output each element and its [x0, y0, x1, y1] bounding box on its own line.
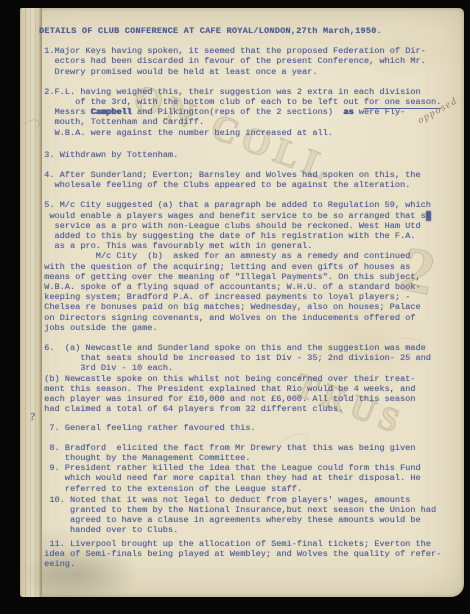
typed-segment: which would need far more capital than t… [39, 473, 421, 483]
typed-segment: and Pilkington(reps of the 2 sections) [132, 107, 343, 117]
typed-line: Chelsea re bonuses paid on big matches; … [39, 302, 449, 312]
typed-segment: means of getting over the meaning of "Il… [39, 272, 421, 282]
typed-segment: granted to them by the National Insuranc… [39, 505, 436, 515]
typed-segment: had claimed a total of 64 players from 3… [39, 404, 343, 414]
typed-line: (b) Newcastle spoke on this whilst not b… [39, 374, 449, 384]
typed-segment: 5. M/c City suggested (a) that a paragra… [39, 200, 431, 210]
minutes-lines: 1.Major Keys having spoken, it seemed th… [39, 46, 449, 569]
typed-segment: ment this season. The President explaine… [39, 384, 415, 394]
typed-segment: with the question of the acquiring; lett… [39, 262, 410, 272]
typed-line: which would need far more capital than t… [39, 473, 449, 483]
typed-line: of the 3rd, with the bottom club of each… [39, 97, 449, 107]
typed-line: 1.Major Keys having spoken, it seemed th… [39, 46, 449, 56]
typed-line: 3rd Div - 10 each. [39, 363, 449, 373]
typed-line: that seats should be increased to 1st Di… [39, 353, 449, 363]
typed-line: referred to the extension of the League … [39, 484, 449, 494]
typed-line: 11. Liverpool brought up the allocation … [39, 539, 449, 549]
typed-line: keeping system; Bradford P.A. of increas… [39, 292, 449, 302]
typed-line: 6. (a) Newcastle and Sunderland spoke on… [39, 343, 449, 353]
typed-segment: Chelsea re bonuses paid on big matches; … [39, 302, 421, 312]
typed-segment: 2.F.L. having weighed this, their sugges… [39, 87, 421, 97]
typed-line: agreed to have a clause in agreements wh… [39, 515, 449, 525]
typed-segment: W.B.A. spoke of a flying squad of accoun… [39, 282, 421, 292]
page-title: DETAILS OF CLUB CONFERENCE AT CAFE ROYAL… [39, 26, 449, 36]
handwritten-question-mark: ? [29, 411, 36, 424]
typed-segment: referred to the extension of the League … [39, 484, 302, 494]
typed-segment: that seats should be increased to 1st Di… [39, 353, 431, 363]
typed-segment: eeing. [39, 559, 75, 569]
typed-line: ectors had been discarded in favour of t… [39, 56, 449, 66]
typed-segment: agreed to have a clause in agreements wh… [39, 515, 421, 525]
typed-line: W.B.A. were against the number being inc… [39, 128, 449, 138]
typed-segment: 11. Liverpool brought up the allocation … [39, 539, 431, 549]
typed-line: 5. M/c City suggested (a) that a paragra… [39, 200, 449, 210]
typed-segment: 3. Withdrawn by Tottenham. [39, 150, 178, 160]
typed-segment: were Fly- [354, 107, 406, 117]
typed-segment-blot: t [426, 211, 431, 221]
typed-line: 2.F.L. having weighed this, their sugges… [39, 87, 449, 97]
typed-segment: Messrs [39, 107, 91, 117]
typed-segment: as a pro. This was favourably met with i… [39, 241, 312, 251]
typed-segment: handed over to Clubs. [39, 525, 178, 535]
typed-line: added to this by suggesting the date of … [39, 231, 449, 241]
typed-segment: M/c City (b) asked for an amnesty as a r… [39, 251, 410, 261]
typed-segment: ectors had been discarded in favour of t… [39, 56, 426, 66]
typed-segment: 1.Major Keys having spoken, it seemed th… [39, 46, 426, 56]
typed-segment: would enable a players wages and benefit… [39, 211, 426, 221]
typed-segment: 8. Bradford elicited the fact from Mr Dr… [39, 443, 415, 453]
typed-segment: wholesale feeling of the Clubs appeared … [39, 180, 410, 190]
typed-segment: W.B.A. were against the number being inc… [39, 128, 333, 138]
typed-segment: 7. General feeling rather favoured this. [39, 423, 256, 433]
typed-segment-b: as [343, 107, 353, 117]
typed-line: 4. After Sunderland; Everton; Barnsley a… [39, 170, 449, 180]
typed-line: had claimed a total of 64 players from 3… [39, 404, 449, 414]
typed-line: handed over to Clubs. [39, 525, 449, 535]
typed-line: service as a pro with non-League clubs s… [39, 221, 449, 231]
typed-line: 8. Bradford elicited the fact from Mr Dr… [39, 443, 449, 453]
typed-segment: service as a pro with non-League clubs s… [39, 221, 421, 231]
typed-segment-b: Campbell [91, 107, 132, 117]
typed-line: wholesale feeling of the Clubs appeared … [39, 180, 449, 190]
typed-segment: added to this by suggesting the date of … [39, 231, 415, 241]
photo-of-document: { "colors": { "ink": "#4b5c98", "paper":… [0, 0, 470, 614]
typed-line: idea of Semi-finals being played at Wemb… [39, 549, 449, 559]
typed-segment: (b) Newcastle spoke on this whilst not b… [39, 374, 415, 384]
typed-line: means of getting over the meaning of "Il… [39, 272, 449, 282]
typed-segment: idea of Semi-finals being played at Wemb… [39, 549, 441, 559]
typed-line: ment this season. The President explaine… [39, 384, 449, 394]
typed-segment: 4. After Sunderland; Everton; Barnsley a… [39, 170, 421, 180]
typed-line: each player was insured for £10,000 and … [39, 394, 449, 404]
typed-segment: 10. Noted that it was not legal to deduc… [39, 495, 410, 505]
typed-segment: jobs outside the game. [39, 323, 158, 333]
typed-text-block: DETAILS OF CLUB CONFERENCE AT CAFE ROYAL… [39, 26, 449, 569]
typed-segment: mouth, Tottenham and Cardiff. [39, 117, 204, 127]
typed-segment: 6. (a) Newcastle and Sunderland spoke on… [39, 343, 426, 353]
typed-segment: on Directors signing covenants, and Wolv… [39, 313, 415, 323]
typed-segment: thought by the Management Committee. [39, 453, 250, 463]
typed-line: Drewry promised would be held at least o… [39, 67, 449, 77]
typed-segment: of the 3rd, with the bottom club of each… [39, 97, 364, 107]
typed-segment: Drewry promised would be held at least o… [39, 67, 317, 77]
typed-line: with the question of the acquiring; lett… [39, 262, 449, 272]
typed-line: W.B.A. spoke of a flying squad of accoun… [39, 282, 449, 292]
typed-segment: keeping system; Bradford P.A. of increas… [39, 292, 410, 302]
typed-line: 3. Withdrawn by Tottenham. [39, 150, 449, 160]
typed-line: thought by the Management Committee. [39, 453, 449, 463]
typed-line: 10. Noted that it was not legal to deduc… [39, 495, 449, 505]
typed-line: mouth, Tottenham and Cardiff. [39, 117, 449, 127]
typed-line: jobs outside the game. [39, 323, 449, 333]
typed-segment: 3rd Div - 10 each. [39, 363, 173, 373]
typed-segment: each player was insured for £10,000 and … [39, 394, 415, 404]
typed-line: as a pro. This was favourably met with i… [39, 241, 449, 251]
document-page: ON COLL TRUS 2 DETAILS OF CLUB CONFERENC… [20, 8, 464, 597]
typed-line: on Directors signing covenants, and Wolv… [39, 313, 449, 323]
typed-line: M/c City (b) asked for an amnesty as a r… [39, 251, 449, 261]
typed-line: would enable a players wages and benefit… [39, 211, 449, 221]
typed-line: eeing. [39, 559, 449, 569]
typed-segment: 9. President rather killed the idea that… [39, 463, 421, 473]
typed-line: 7. General feeling rather favoured this. [39, 423, 449, 433]
typed-line: granted to them by the National Insuranc… [39, 505, 449, 515]
typed-line: 9. President rather killed the idea that… [39, 463, 449, 473]
typed-line: Messrs Campbell and Pilkington(reps of t… [39, 107, 449, 117]
